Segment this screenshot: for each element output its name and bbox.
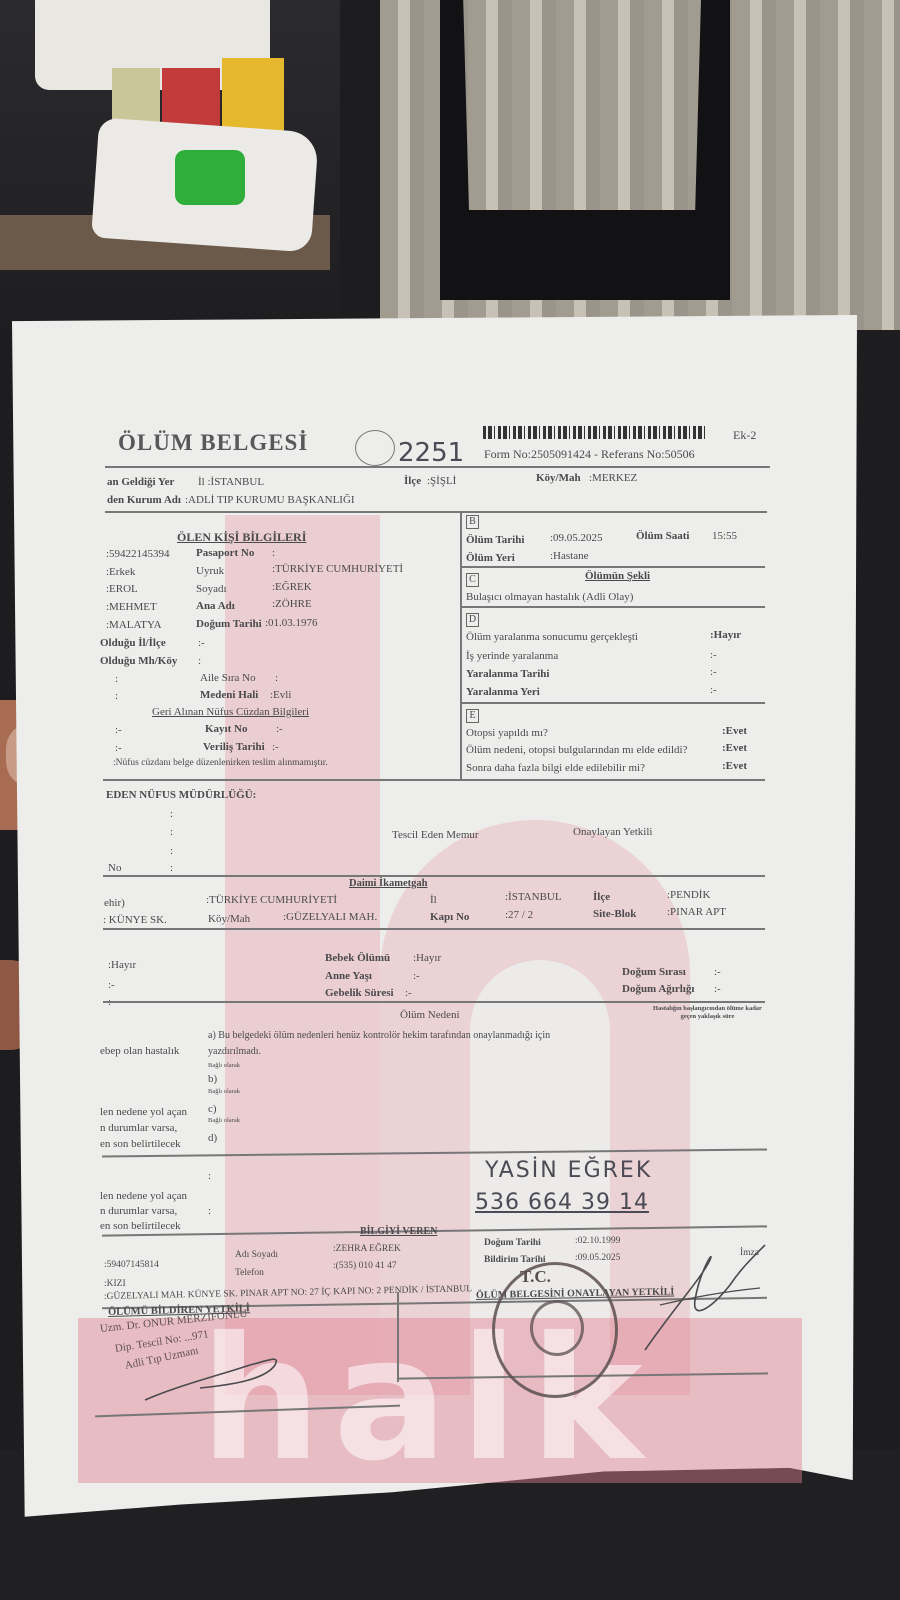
divider — [102, 1149, 767, 1158]
passport-value: : — [272, 547, 275, 559]
informant-birthdate-label: Doğum Tarihi — [484, 1238, 541, 1248]
residence-street-value: : KÜNYE SK. — [103, 914, 167, 926]
death-manner-heading: Ölümün Şekli — [585, 570, 650, 582]
cause-d-text: d) — [208, 1132, 217, 1144]
pregnancy-length-value: :- — [405, 987, 412, 999]
cause-heading: Ölüm Nedeni — [400, 1009, 460, 1021]
mother-value: :ZÖHRE — [272, 598, 312, 610]
death-time-label: Ölüm Saati — [636, 530, 689, 542]
other-cause-label: n durumlar varsa, — [100, 1205, 177, 1217]
cause-c-text: c) — [208, 1103, 217, 1115]
divider — [397, 1292, 399, 1382]
injury-place-value: :- — [710, 684, 717, 696]
residence-il-value: :İSTANBUL — [505, 891, 562, 903]
kayit-prefix: :- — [115, 724, 122, 736]
cause-left-label: len nedene yol açan — [100, 1106, 187, 1118]
death-date-label: Ölüm Tarihi — [466, 534, 524, 546]
informant-name-label: Adı Soyadı — [235, 1250, 278, 1260]
divider — [103, 1001, 765, 1003]
birth-order-label: Doğum Sırası — [622, 966, 686, 978]
infant-death-value: :Hayır — [413, 952, 441, 964]
marital-status-label: Medeni Hali — [200, 689, 258, 701]
surname-value: :EĞREK — [272, 581, 312, 593]
other-cause-label: len nedene yol açan — [100, 1190, 187, 1202]
pregnancy-length-label: Gebelik Süresi — [325, 987, 394, 999]
certificate-content: ÖLÜM BELGESİ 2251 Ek-2 Form No:250509142… — [0, 0, 900, 1600]
divider — [460, 511, 462, 779]
due-to-label: Bağlı olarak — [208, 1117, 240, 1124]
kayit-label: Kayıt No — [205, 723, 247, 735]
il-ilce-label: Olduğu İl/İlçe — [100, 637, 166, 649]
registry-field: : — [170, 845, 173, 857]
informant-heading: BİLGİYİ VEREN — [360, 1226, 437, 1237]
divider — [461, 606, 765, 608]
residence-door-label: Kapı No — [430, 911, 469, 923]
other-cause-value: : — [208, 1205, 211, 1217]
id-card-heading: Geri Alınan Nüfus Cüzdan Bilgileri — [152, 706, 309, 718]
mother-age-label: Anne Yaşı — [325, 970, 372, 982]
interval-note: Hastalığın başlangıcından ölüme kadar ge… — [650, 1005, 765, 1021]
handwritten-name: YASİN EĞREK — [485, 1158, 652, 1183]
other-cause-label: en son belirtilecek — [100, 1220, 181, 1232]
infant-death-label: Bebek Ölümü — [325, 952, 390, 964]
injury-question-label: Ölüm yaralanma sonucumu gerçekleşti — [466, 631, 638, 643]
residence-ilce-label: İlçe — [593, 891, 610, 903]
divider — [461, 702, 765, 704]
deceased-heading: ÖLEN KİŞİ BİLGİLERİ — [177, 530, 306, 545]
registrar-label: Tescil Eden Memur — [392, 829, 479, 841]
cause-b-text: b) — [208, 1073, 217, 1085]
institution-label: den Kurum Adı — [107, 494, 181, 506]
autopsy-value: :Evet — [722, 725, 747, 737]
residence-site-value: :PINAR APT — [667, 906, 726, 918]
residence-site-label: Site-Blok — [593, 908, 636, 920]
death-date-value: :09.05.2025 — [550, 532, 603, 544]
cause-left-label: en son belirtilecek — [100, 1138, 181, 1150]
seal-text: T.C. — [520, 1267, 551, 1287]
registry-heading: EDEN NÜFUS MÜDÜRLÜĞÜ: — [106, 789, 256, 801]
annex-label: Ek-2 — [733, 428, 756, 443]
informant-phone-value: :(535) 010 41 47 — [333, 1261, 397, 1271]
autopsy-label: Otopsi yapıldı mı? — [466, 727, 548, 739]
ilce-value: :ŞİŞLİ — [427, 475, 456, 487]
more-info-value: :Evet — [722, 760, 747, 772]
more-info-label: Sonra daha fazla bilgi elde edilebilir m… — [466, 762, 645, 774]
institution-value: :ADLİ TIP KURUMU BAŞKANLIĞI — [185, 494, 355, 506]
birth-order-value: :- — [714, 966, 721, 978]
verilis-label: Veriliş Tarihi — [203, 741, 265, 753]
birth-weight-label: Doğum Ağırlığı — [622, 983, 694, 995]
id-card-note: :Nüfus cüzdanı belge düzenlenirken tesli… — [113, 758, 328, 768]
ilce-label: İlçe — [404, 475, 421, 487]
injury-date-value: :- — [710, 666, 717, 678]
residence-koy-label: Köy/Mah — [208, 913, 250, 925]
document-title: ÖLÜM BELGESİ — [118, 430, 308, 456]
form-reference: Form No:2505091424 - Referans No:50506 — [484, 447, 695, 462]
infant-left-value: :Hayır — [108, 959, 136, 971]
death-manner-value: Bulaşıcı olmayan hastalık (Adli Olay) — [466, 591, 633, 603]
registry-field: : — [170, 808, 173, 820]
workplace-injury-label: İş yerinde yaralanma — [466, 650, 558, 662]
cause-a-continued: yazdırılmadı. — [208, 1046, 261, 1057]
nationality-label: Uyruk — [196, 565, 224, 577]
aile-sira-value: : — [275, 672, 278, 684]
residence-door-value: :27 / 2 — [505, 909, 533, 921]
il-ilce-value: :- — [198, 637, 205, 649]
birthdate-label: Doğum Tarihi — [196, 618, 262, 630]
residence-il-label: İl — [430, 894, 437, 906]
section-b-marker: B — [466, 515, 479, 529]
koy-label: Köy/Mah — [536, 472, 581, 484]
ministry-emblem-icon — [355, 430, 395, 466]
mother-age-value: :- — [413, 970, 420, 982]
divider — [105, 511, 767, 513]
verilis-prefix: :- — [115, 742, 122, 754]
divider — [105, 466, 770, 468]
informant-name-value: :ZEHRA EĞREK — [333, 1244, 401, 1254]
death-place-label: Ölüm Yeri — [466, 552, 515, 564]
barcode-icon — [483, 426, 708, 439]
kayit-value: :- — [276, 723, 283, 735]
crescent-seal-icon — [530, 1300, 584, 1356]
aile-sira-label: Aile Sıra No — [200, 672, 256, 684]
nationality-value: :TÜRKİYE CUMHURİYETİ — [272, 563, 403, 575]
divider — [103, 928, 765, 930]
blank-value: : — [115, 673, 118, 685]
autopsy-findings-label: Ölüm nedeni, otopsi bulgularından mı eld… — [466, 744, 687, 756]
cause-left-label: n durumlar varsa, — [100, 1122, 177, 1134]
divider — [103, 779, 765, 781]
informant-address: :GÜZELYALI MAH. KÜNYE SK. PINAR APT NO: … — [104, 1284, 472, 1302]
informant-id: :59407145814 — [104, 1260, 159, 1270]
birth-weight-value: :- — [714, 983, 721, 995]
blank-value: : — [115, 690, 118, 702]
birthplace-value: :MALATYA — [106, 619, 162, 631]
origin-value: İl :İSTANBUL — [198, 476, 264, 488]
residence-koy-value: :GÜZELYALI MAH. — [283, 911, 377, 923]
autopsy-findings-value: :Evet — [722, 742, 747, 754]
informant-relation: :KIZI — [104, 1279, 126, 1289]
handwritten-phone: 536 664 39 14 — [475, 1190, 649, 1215]
informant-phone-label: Telefon — [235, 1268, 264, 1278]
section-d-marker: D — [466, 613, 479, 627]
father-name-value: :MEHMET — [106, 601, 157, 613]
injury-place-label: Yaralanma Yeri — [466, 686, 540, 698]
origin-label: an Geldiği Yer — [107, 476, 174, 488]
birthdate-value: :01.03.1976 — [265, 617, 318, 629]
infant-left-value: :- — [108, 979, 115, 991]
mother-label: Ana Adı — [196, 600, 235, 612]
deceased-id: :59422145394 — [106, 548, 170, 560]
handwritten-number: 2251 — [398, 438, 464, 468]
informant-birthdate-value: :02.10.1999 — [575, 1236, 620, 1246]
section-e-marker: E — [466, 709, 479, 723]
injury-date-label: Yaralanma Tarihi — [466, 668, 549, 680]
mh-koy-value: : — [198, 655, 201, 667]
first-name-value: :EROL — [106, 583, 138, 595]
cause-left-label: ebep olan hastalık — [100, 1045, 179, 1057]
reporter-signature-icon — [140, 1350, 290, 1410]
residence-ilce-value: :PENDİK — [667, 889, 710, 901]
death-place-value: :Hastane — [550, 550, 588, 562]
passport-label: Pasaport No — [196, 547, 254, 559]
koy-value: :MERKEZ — [589, 472, 637, 484]
divider — [103, 875, 765, 877]
residence-heading: Daimi İkametgah — [349, 878, 427, 889]
verilis-value: :- — [272, 741, 279, 753]
signature-icon — [640, 1240, 770, 1360]
due-to-label: Bağlı olarak — [208, 1062, 240, 1069]
notify-date-label: Bildirim Tarihi — [484, 1255, 546, 1265]
mh-koy-label: Olduğu Mh/Köy — [100, 655, 177, 667]
section-c-marker: C — [466, 573, 479, 587]
divider — [461, 566, 765, 568]
residence-country-label: ehir) — [104, 897, 125, 909]
registry-no-value: : — [170, 862, 173, 874]
other-cause-value: : — [208, 1170, 211, 1182]
registry-no-label: No — [108, 862, 121, 874]
workplace-injury-value: :- — [710, 649, 717, 661]
notify-date-value: :09.05.2025 — [575, 1253, 620, 1263]
cause-a-text: a) Bu belgedeki ölüm nedenleri henüz kon… — [208, 1030, 550, 1041]
due-to-label: Bağlı olarak — [208, 1088, 240, 1095]
death-time-value: 15:55 — [712, 530, 737, 542]
registry-field: : — [170, 826, 173, 838]
surname-label: Soyadı — [196, 583, 227, 595]
approver-label: Onaylayan Yetkili — [573, 826, 652, 838]
marital-status-value: :Evli — [270, 689, 291, 701]
gender-value: :Erkek — [106, 566, 135, 578]
injury-question-value: :Hayır — [710, 629, 741, 641]
residence-country-value: :TÜRKİYE CUMHURİYETİ — [206, 894, 337, 906]
